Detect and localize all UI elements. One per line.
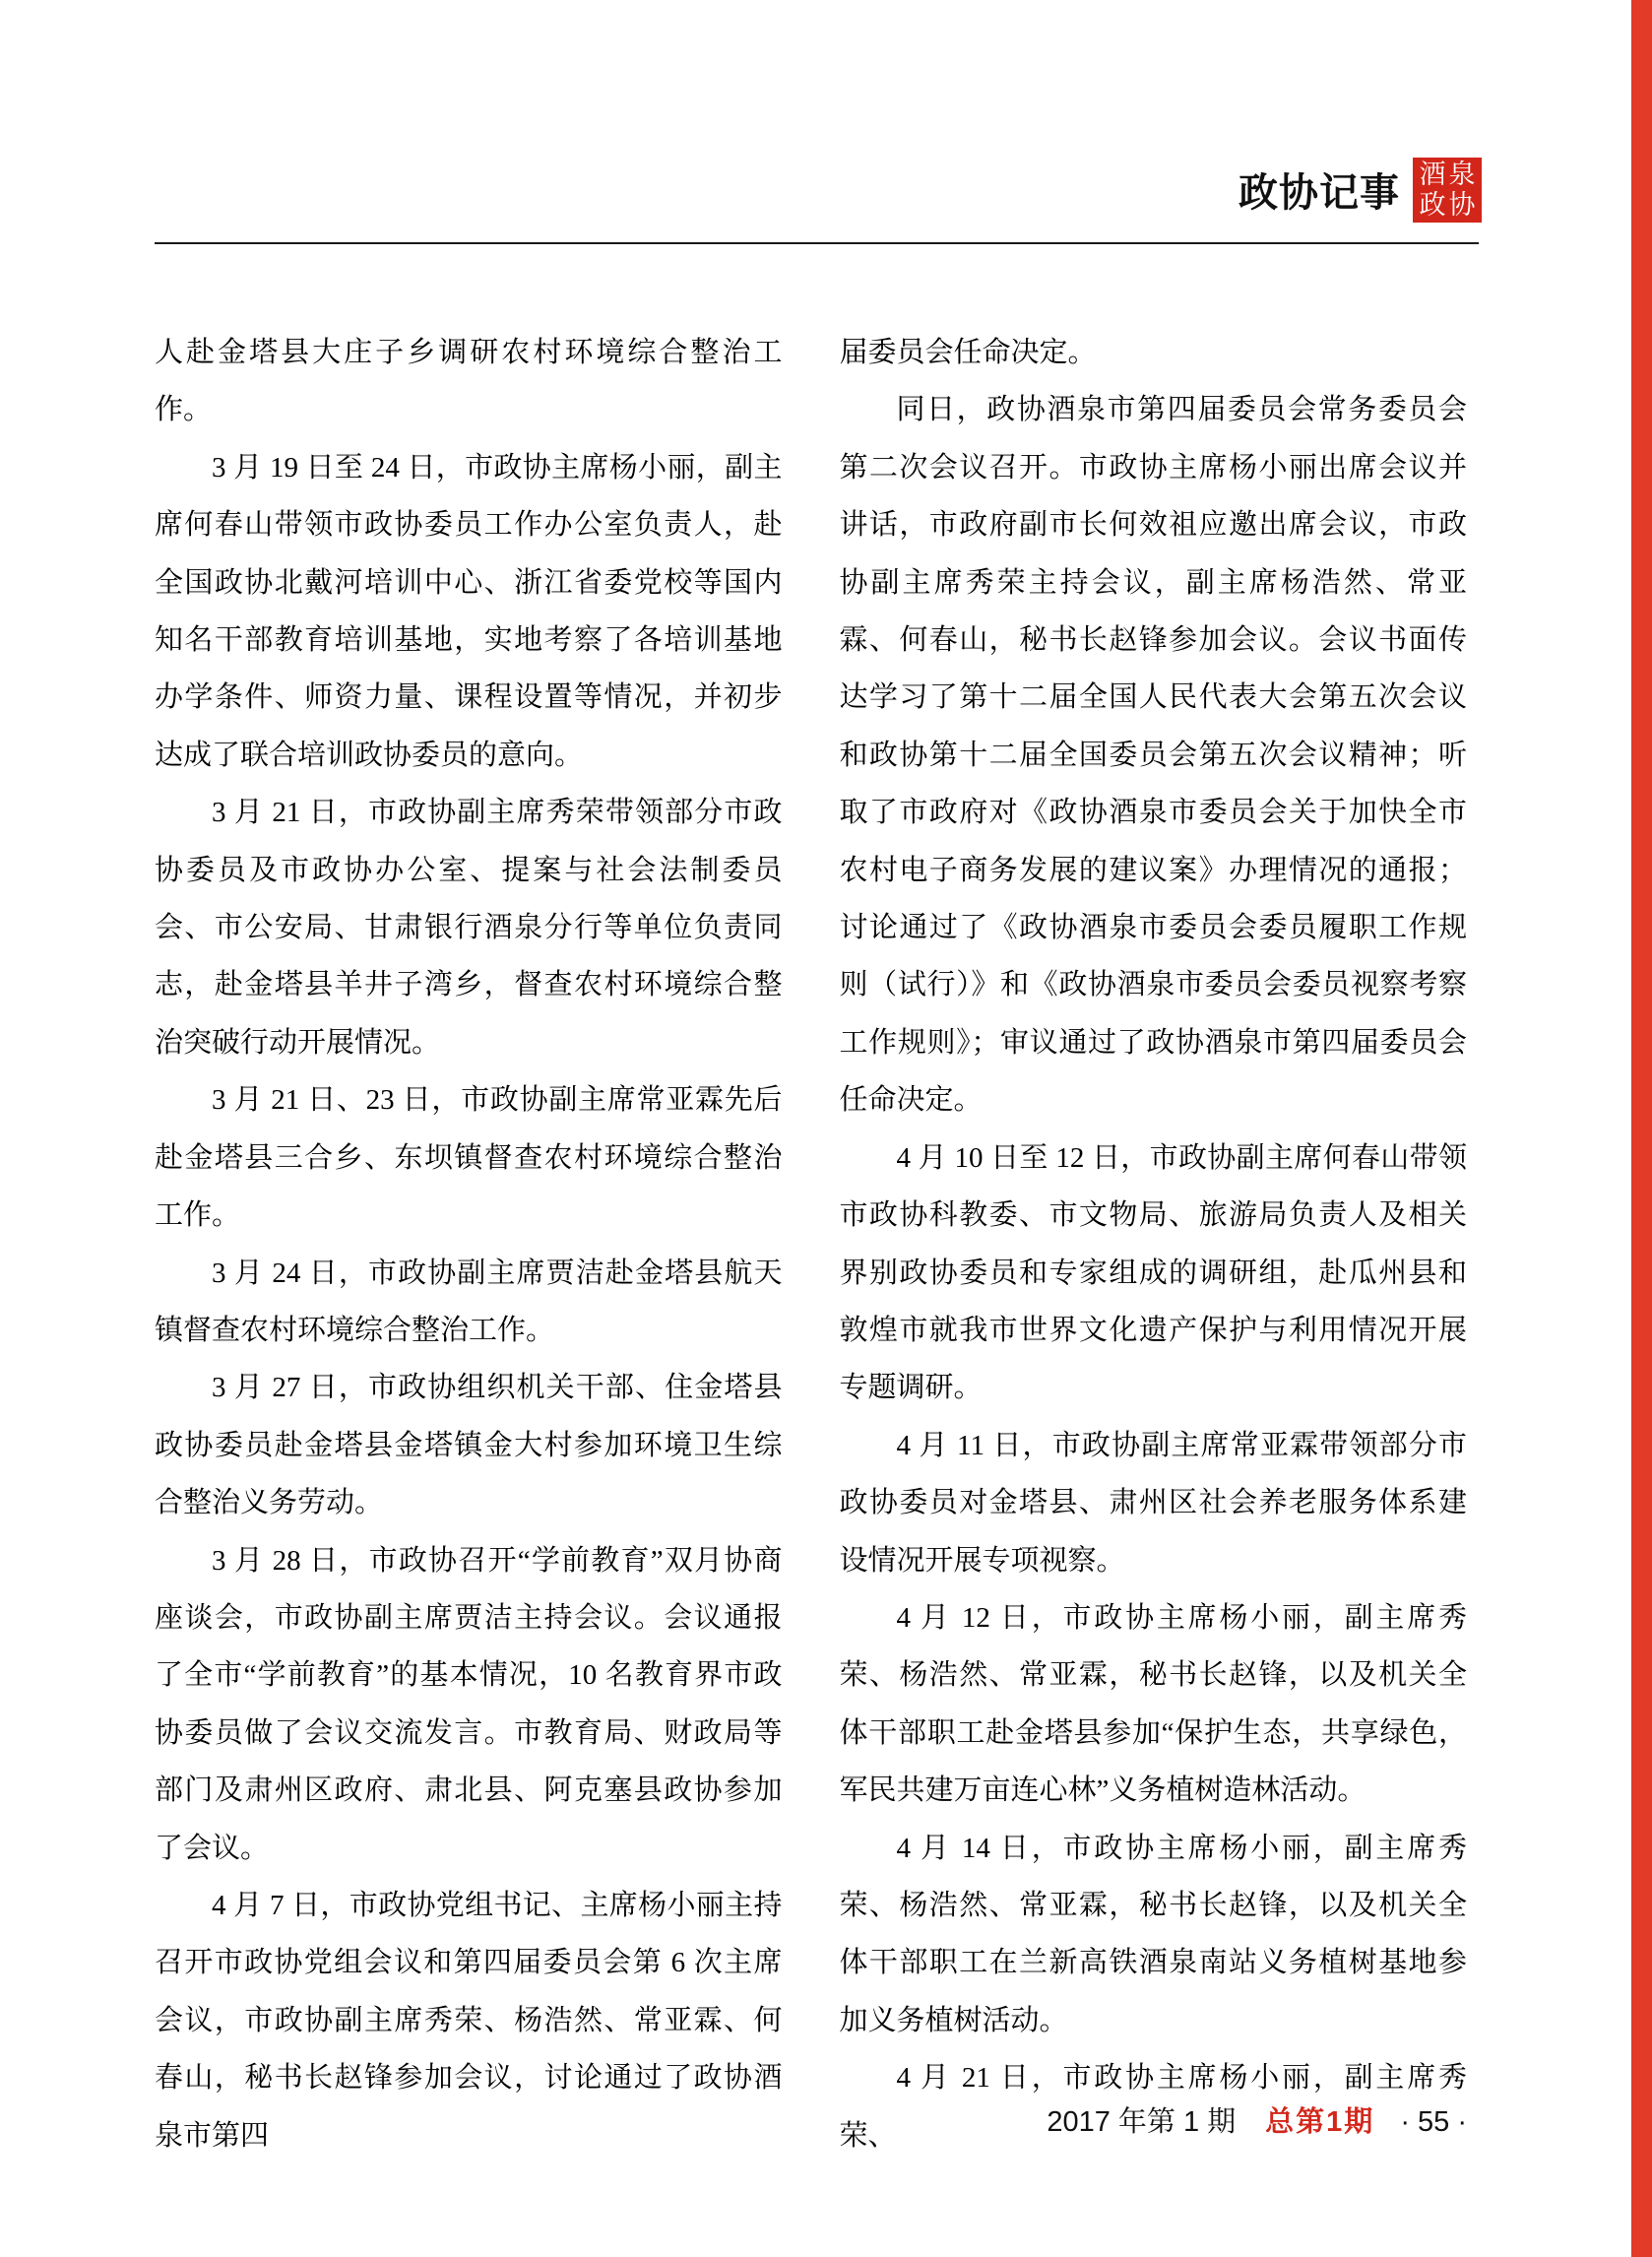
paragraph: 3 月 19 日至 24 日，市政协主席杨小丽，副主席何春山带领市政协委员工作办… (155, 439, 783, 784)
paragraph: 4 月 11 日，市政协副主席常亚霖带领部分市政协委员对金塔县、肃州区社会养老服… (840, 1417, 1468, 1589)
paragraph: 届委员会任命决定。 (840, 324, 1468, 381)
paragraph: 3 月 28 日，市政协召开“学前教育”双月协商座谈会，市政协副主席贾洁主持会议… (155, 1532, 783, 1877)
footer-issue-label: 2017 年第 1 期 (1047, 2106, 1236, 2138)
jiuquan-cppcc-seal: 酒泉 政协 (1413, 158, 1482, 223)
right-edge-accent-bar (1631, 0, 1652, 2257)
paragraph: 3 月 21 日，市政协副主席秀荣带领部分市政协委员及市政协办公室、提案与社会法… (155, 784, 783, 1071)
document-page: 政协记事 酒泉 政协 人赴金塔县大庄子乡调研农村环境综合整治工作。 3 月 19… (0, 0, 1652, 2257)
left-column: 人赴金塔县大庄子乡调研农村环境综合整治工作。 3 月 19 日至 24 日，市政… (155, 324, 783, 2164)
page-header: 政协记事 酒泉 政协 (0, 158, 1482, 223)
right-column: 届委员会任命决定。 同日，政协酒泉市第四届委员会常务委员会第二次会议召开。市政协… (840, 324, 1468, 2164)
paragraph: 4 月 10 日至 12 日，市政协副主席何春山带领市政协科教委、市文物局、旅游… (840, 1129, 1468, 1417)
page-footer: 2017 年第 1 期总第1期· 55 · (1047, 2105, 1467, 2139)
paragraph: 4 月 12 日，市政协主席杨小丽，副主席秀荣、杨浩然、常亚霖，秘书长赵锋，以及… (840, 1589, 1468, 1820)
footer-cumulative-issue-label: 总第1期 (1265, 2106, 1374, 2138)
paragraph: 3 月 27 日，市政协组织机关干部、住金塔县政协委员赴金塔县金塔镇金大村参加环… (155, 1359, 783, 1531)
section-title: 政协记事 (1239, 167, 1400, 219)
paragraph: 同日，政协酒泉市第四届委员会常务委员会第二次会议召开。市政协主席杨小丽出席会议并… (840, 381, 1468, 1128)
header-divider (155, 242, 1479, 244)
seal-row-bottom: 政协 (1417, 190, 1479, 221)
footer-page-number: · 55 · (1400, 2106, 1467, 2138)
body-columns: 人赴金塔县大庄子乡调研农村环境综合整治工作。 3 月 19 日至 24 日，市政… (155, 324, 1467, 2164)
paragraph: 3 月 21 日、23 日，市政协副主席常亚霖先后赴金塔县三合乡、东坝镇督查农村… (155, 1071, 783, 1244)
seal-row-top: 酒泉 (1417, 160, 1479, 190)
paragraph: 4 月 7 日，市政协党组书记、主席杨小丽主持召开市政协党组会议和第四届委员会第… (155, 1877, 783, 2164)
paragraph: 4 月 14 日，市政协主席杨小丽，副主席秀荣、杨浩然、常亚霖，秘书长赵锋，以及… (840, 1820, 1468, 2050)
paragraph: 3 月 24 日，市政协副主席贾洁赴金塔县航天镇督查农村环境综合整治工作。 (155, 1245, 783, 1360)
paragraph: 人赴金塔县大庄子乡调研农村环境综合整治工作。 (155, 324, 783, 439)
